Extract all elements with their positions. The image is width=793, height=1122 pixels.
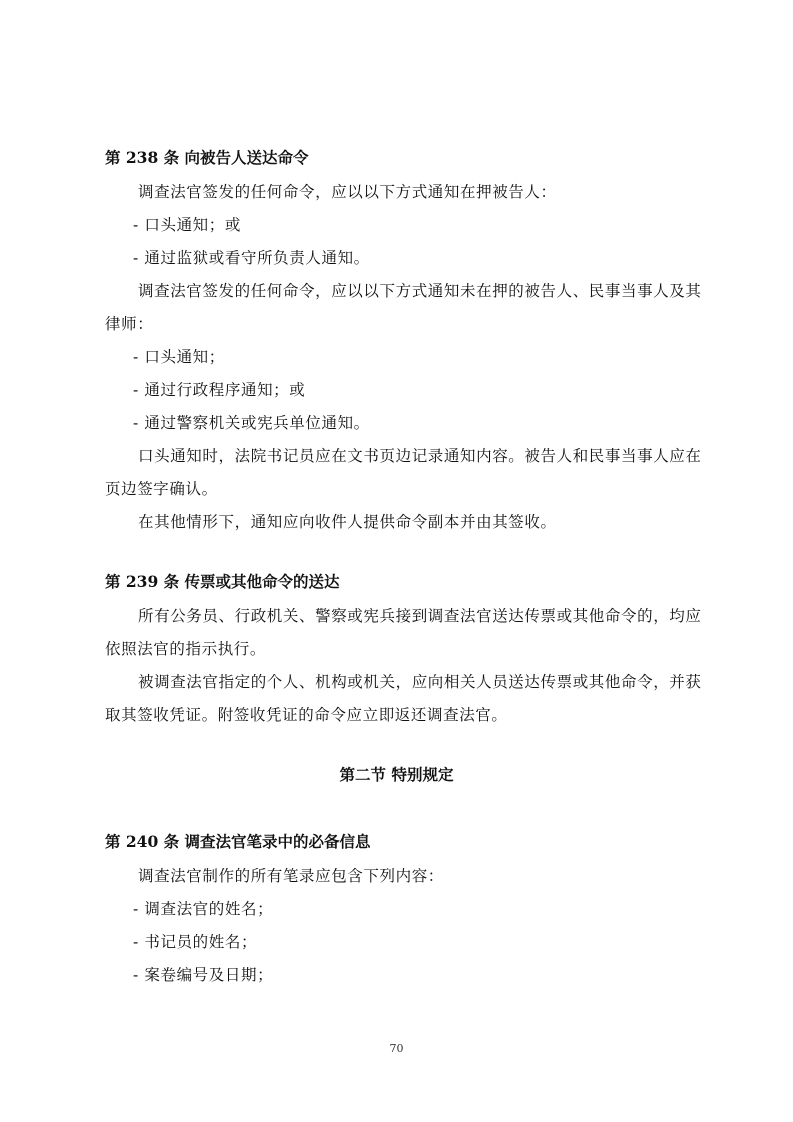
paragraph-line: - 案卷编号及日期； <box>133 965 273 985</box>
paragraph-line: - 口头通知；或 <box>133 215 241 235</box>
paragraph-line: 所有公务员、行政机关、警察或宪兵接到调查法官送达传票或其他命令的，均应 <box>138 606 702 626</box>
paragraph-line: - 通过警察机关或宪兵单位通知。 <box>133 413 370 433</box>
paragraph-line: - 口头通知； <box>133 347 225 367</box>
paragraph-line: 在其他情形下，通知应向收件人提供命令副本并由其签收。 <box>138 512 557 532</box>
paragraph-line: 调查法官制作的所有笔录应包含下列内容： <box>138 866 444 886</box>
section-title: 第二节 特别规定 <box>0 765 793 785</box>
paragraph-line: 依照法官的指示执行。 <box>105 639 266 659</box>
paragraph-line: - 通过行政程序通知；或 <box>133 380 305 400</box>
paragraph-line: 被调查法官指定的个人、机构或机关，应向相关人员送达传票或其他命令，并获 <box>138 672 702 692</box>
paragraph-line: - 书记员的姓名； <box>133 932 257 952</box>
article-heading: 第 239 条 传票或其他命令的送达 <box>105 572 340 592</box>
paragraph-line: 律师： <box>105 314 153 334</box>
paragraph-line: 页边签字确认。 <box>105 479 218 499</box>
paragraph-line: 取其签收凭证。附签收凭证的命令应立即返还调查法官。 <box>105 705 508 725</box>
article-heading: 第 238 条 向被告人送达命令 <box>105 148 309 168</box>
paragraph-line: - 通过监狱或看守所负责人通知。 <box>133 248 370 268</box>
paragraph-line: 口头通知时，法院书记员应在文书页边记录通知内容。被告人和民事当事人应在 <box>138 446 702 466</box>
paragraph-line: - 调查法官的姓名； <box>133 899 273 919</box>
paragraph-line: 调查法官签发的任何命令，应以以下方式通知在押被告人： <box>138 182 557 202</box>
article-heading: 第 240 条 调查法官笔录中的必备信息 <box>105 832 371 852</box>
paragraph-line: 调查法官签发的任何命令，应以以下方式通知未在押的被告人、民事当事人及其 <box>138 281 702 301</box>
page-number: 70 <box>0 1042 793 1055</box>
